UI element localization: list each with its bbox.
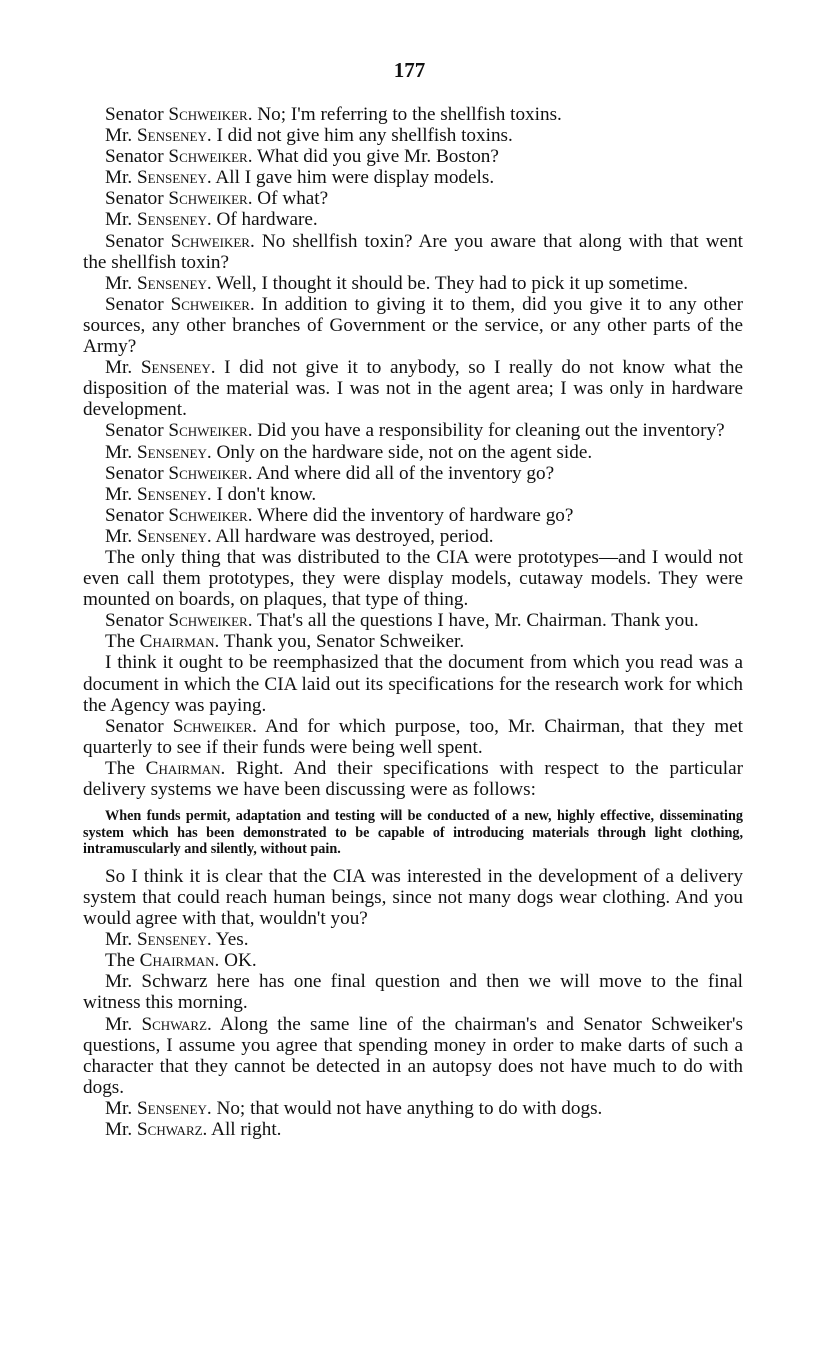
- speaker-name: Senseney.: [137, 125, 212, 146]
- paragraph: Senator Schweiker. Did you have a respon…: [83, 420, 743, 441]
- speaker-name: Senseney.: [137, 929, 212, 950]
- paragraph: Senator Schweiker. No; I'm referring to …: [83, 104, 743, 125]
- speaker-name: Schwarz.: [141, 1014, 211, 1035]
- paragraph: Mr. Senseney. Well, I thought it should …: [83, 273, 743, 294]
- paragraph: Senator Schweiker. Of what?: [83, 188, 743, 209]
- paragraph: Senator Schweiker. No shellfish toxin? A…: [83, 231, 743, 273]
- paragraph: Mr. Senseney. I did not give him any she…: [83, 125, 743, 146]
- speaker-name: Senseney.: [137, 273, 212, 294]
- speaker-name: Senseney.: [137, 526, 212, 547]
- paragraph: Mr. Senseney. I did not give it to anybo…: [83, 357, 743, 420]
- speaker-name: Schwarz.: [137, 1119, 207, 1140]
- paragraph: Mr. Senseney. Only on the hardware side,…: [83, 442, 743, 463]
- speaker-name: Senseney.: [137, 209, 212, 230]
- speaker-name: Schweiker.: [171, 294, 255, 315]
- transcript-body: Senator Schweiker. No; I'm referring to …: [83, 104, 743, 1140]
- paragraph: Mr. Schwarz. Along the same line of the …: [83, 1014, 743, 1098]
- paragraph: Senator Schweiker. In addition to giving…: [83, 294, 743, 357]
- speaker-name: Schweiker.: [168, 463, 252, 484]
- paragraph: Senator Schweiker. That's all the questi…: [83, 610, 743, 631]
- speaker-name: Schweiker.: [168, 146, 252, 167]
- paragraph: Senator Schweiker. And where did all of …: [83, 463, 743, 484]
- paragraph: Mr. Schwarz. All right.: [83, 1119, 743, 1140]
- speaker-name: Schweiker.: [168, 505, 252, 526]
- speaker-name: Senseney.: [141, 357, 216, 378]
- speaker-name: Senseney.: [137, 167, 212, 188]
- paragraph: Mr. Senseney. I don't know.: [83, 484, 743, 505]
- paragraph: The Chairman. OK.: [83, 950, 743, 971]
- speaker-name: Schweiker.: [168, 104, 252, 125]
- speaker-name: Chairman.: [140, 950, 220, 971]
- paragraph: Senator Schweiker. What did you give Mr.…: [83, 146, 743, 167]
- page-number: 177: [0, 58, 819, 83]
- paragraph: The only thing that was distributed to t…: [83, 547, 743, 610]
- speaker-name: Senseney.: [137, 1098, 212, 1119]
- speaker-name: Chairman.: [146, 758, 226, 779]
- speaker-name: Senseney.: [137, 484, 212, 505]
- paragraph: Mr. Senseney. All hardware was destroyed…: [83, 526, 743, 547]
- paragraph: Mr. Senseney. Yes.: [83, 929, 743, 950]
- paragraph: Senator Schweiker. And for which purpose…: [83, 716, 743, 758]
- speaker-name: Schweiker.: [168, 610, 252, 631]
- paragraph: So I think it is clear that the CIA was …: [83, 866, 743, 929]
- speaker-name: Schweiker.: [173, 716, 257, 737]
- paragraph: Mr. Senseney. Of hardware.: [83, 209, 743, 230]
- paragraph: Mr. Schwarz here has one final question …: [83, 971, 743, 1013]
- speaker-name: Schweiker.: [168, 420, 252, 441]
- paragraph: Mr. Senseney. No; that would not have an…: [83, 1098, 743, 1119]
- speaker-name: Senseney.: [137, 442, 212, 463]
- block-quote: When funds permit, adaptation and testin…: [83, 808, 743, 858]
- speaker-name: Chairman.: [140, 631, 220, 652]
- paragraph: Mr. Senseney. All I gave him were displa…: [83, 167, 743, 188]
- speaker-name: Schweiker.: [168, 188, 252, 209]
- speaker-name: Schweiker.: [171, 231, 255, 252]
- paragraph: Senator Schweiker. Where did the invento…: [83, 505, 743, 526]
- paragraph: I think it ought to be reemphasized that…: [83, 652, 743, 715]
- paragraph: The Chairman. Right. And their specifica…: [83, 758, 743, 800]
- paragraph: The Chairman. Thank you, Senator Schweik…: [83, 631, 743, 652]
